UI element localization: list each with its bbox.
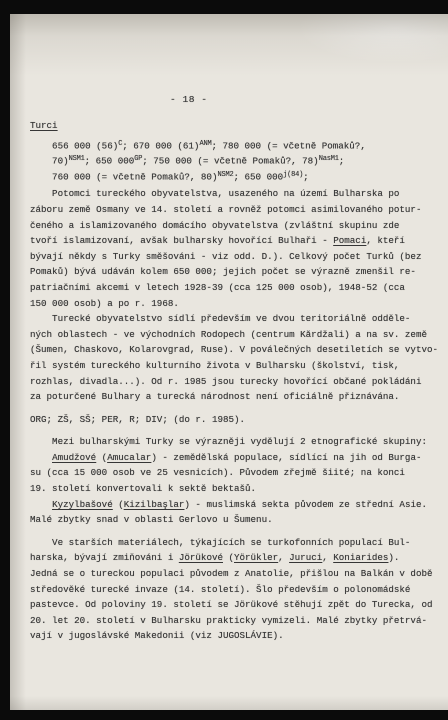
text-line: Turecké obyvatelstvo sídlí především ve … xyxy=(30,311,444,327)
section-heading: Turci xyxy=(30,118,444,134)
text-line: záboru země Osmany ve 14. století a rovn… xyxy=(30,202,444,218)
paragraph-territory: Turecké obyvatelstvo sídlí především ve … xyxy=(30,311,444,405)
text-line: vají v jugoslávské Makedonii (viz JUGOSL… xyxy=(30,628,444,644)
document-page: - 18 - Turci 656 000 (56)C; 670 000 (61)… xyxy=(10,14,448,710)
paragraph-origin: Potomci tureckého obyvatelstva, usazenéh… xyxy=(30,186,444,311)
text-line: 70)NSM1; 650 000GP; 750 000 (= včetně Po… xyxy=(30,152,444,168)
text-line: Mezi bulharskými Turky se výrazněji vydě… xyxy=(30,434,444,450)
text-line: ORG; ZŠ, SŠ; PER, R; DIV; (do r. 1985). xyxy=(30,412,444,428)
text-line: su (cca 15 000 osob ve 25 vesnicích). Pů… xyxy=(30,465,444,481)
text-line: bývají někdy s Turky směšováni - viz odd… xyxy=(30,249,444,265)
paragraph-ethnographic-groups: Mezi bulharskými Turky se výrazněji vydě… xyxy=(30,434,444,496)
text-line: harska, bývají zmiňováni i Jörükové (Yör… xyxy=(30,550,444,566)
text-line: Potomci tureckého obyvatelstva, usazenéh… xyxy=(30,186,444,202)
text-line: za poturčené Bulhary a turecká národnost… xyxy=(30,389,444,405)
text-line: Jedná se o tureckou populaci původem z A… xyxy=(30,566,444,582)
scanned-document: { "colors": { "paper": "#e9e6df", "ink":… xyxy=(0,0,448,720)
text-line: Ve starších materiálech, týkajících se t… xyxy=(30,535,444,551)
text-line: 760 000 (= včetně Pomaků?, 80)NSM2; 650 … xyxy=(30,168,444,184)
abbreviations-line: ORG; ZŠ, SŠ; PER, R; DIV; (do r. 1985). xyxy=(30,412,444,428)
text-line: rozhlas, divadla...). Od r. 1985 jsou tu… xyxy=(30,374,444,390)
text-line: patriačními akcemi v letech 1928-39 (cca… xyxy=(30,280,444,296)
text-line: Kyzylbašové (Kizilbaşlar) - muslimská se… xyxy=(30,497,444,513)
text-line: 20. let 20. století v Bulharsku praktick… xyxy=(30,613,444,629)
text-line: 656 000 (56)C; 670 000 (61)ANM; 780 000 … xyxy=(30,137,444,153)
text-line: řil systém tureckého kulturního života v… xyxy=(30,358,444,374)
population-figures: 656 000 (56)C; 670 000 (61)ANM; 780 000 … xyxy=(30,137,444,184)
paragraph-yoruks: Ve starších materiálech, týkajících se t… xyxy=(30,535,444,644)
text-line: středověké turecké invaze (14. století).… xyxy=(30,582,444,598)
text-line: Pomaků) bývá udáván kolem 650 000; jejic… xyxy=(30,264,444,280)
text-line: Turci xyxy=(30,118,444,134)
text-line: Amudžové (Amucalar) - zemědělská populac… xyxy=(30,450,444,466)
page-text: Turci 656 000 (56)C; 670 000 (61)ANM; 78… xyxy=(30,118,444,644)
text-line: pastevce. Od poloviny 19. století se Jör… xyxy=(30,597,444,613)
text-line: 19. století konvertovali k sektě bektašů… xyxy=(30,481,444,497)
text-line: (Šumen, Chaskovo, Kolarovgrad, Ruse). V … xyxy=(30,342,444,358)
paragraph-kyzylbash: Kyzylbašové (Kizilbaşlar) - muslimská se… xyxy=(30,497,444,528)
text-line: Malé zbytky snad v oblasti Gerlovo u Šum… xyxy=(30,512,444,528)
text-line: tvoří islamizovaní, avšak bulharsky hovo… xyxy=(30,233,444,249)
text-line: ných oblastech - ve východních Rodopech … xyxy=(30,327,444,343)
page-number: - 18 - xyxy=(170,94,208,105)
text-line: 150 000 osob) a po r. 1968. xyxy=(30,296,444,312)
text-line: čeného a islamizovaného domácího obyvate… xyxy=(30,218,444,234)
